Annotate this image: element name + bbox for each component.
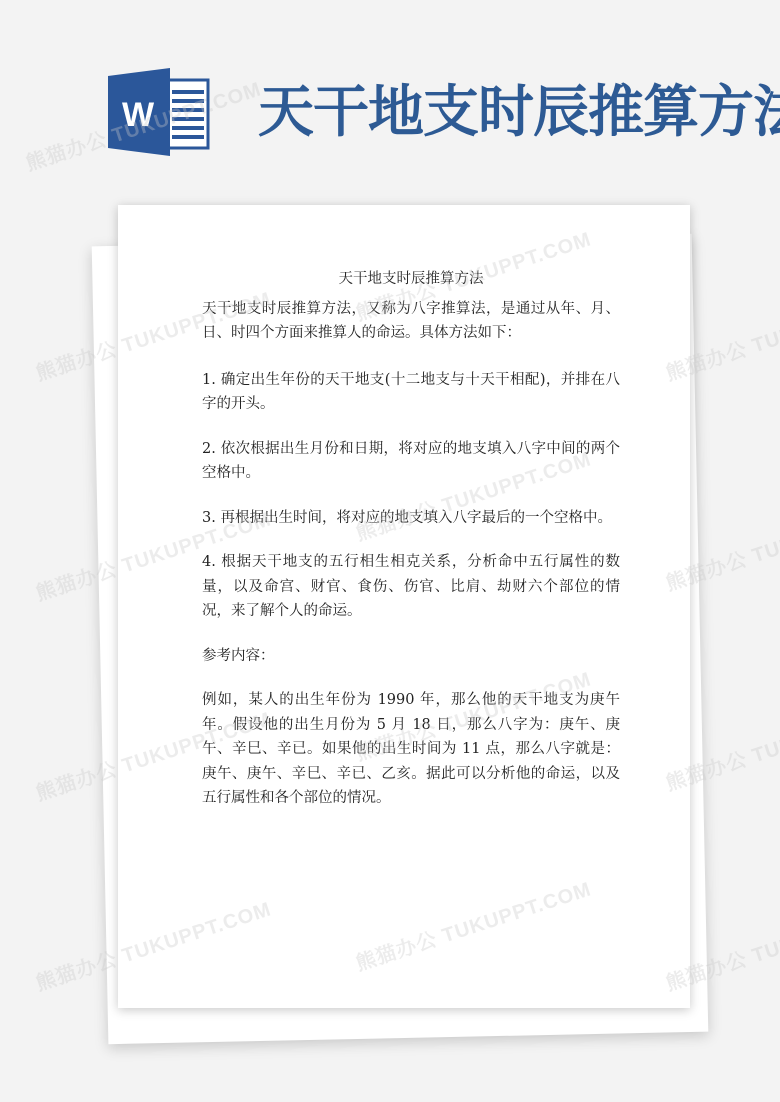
step-2-paragraph: 2. 依次根据出生月份和日期，将对应的地支填入八字中间的两个空格中。 (202, 437, 620, 486)
banner-title: 天干地支时辰推算方法 (258, 74, 780, 150)
word-document-icon: W (108, 68, 210, 156)
document-body: 天干地支时辰推算方法 天干地支时辰推算方法，又称为八字推算法，是通过从年、月、日… (202, 267, 620, 831)
step-1-paragraph: 1. 确定出生年份的天干地支(十二地支与十天干相配)，并排在八字的开头。 (202, 368, 620, 417)
reference-heading: 参考内容： (202, 644, 620, 669)
svg-text:W: W (122, 96, 155, 134)
banner-header: W 天干地支时辰推算方法 (0, 0, 780, 200)
example-paragraph: 例如，某人的出生年份为 1990 年，那么他的天干地支为庚午年。假设他的出生月份… (202, 688, 620, 811)
intro-paragraph: 天干地支时辰推算方法，又称为八字推算法，是通过从年、月、日、时四个方面来推算人的… (202, 297, 620, 346)
document-title: 天干地支时辰推算方法 (202, 267, 620, 292)
step-3-paragraph: 3. 再根据出生时间，将对应的地支填入八字最后的一个空格中。 (202, 506, 620, 531)
document-page: 天干地支时辰推算方法 天干地支时辰推算方法，又称为八字推算法，是通过从年、月、日… (118, 205, 690, 1008)
step-4-paragraph: 4. 根据天干地支的五行相生相克关系，分析命中五行属性的数量，以及命宫、财官、食… (202, 550, 620, 624)
